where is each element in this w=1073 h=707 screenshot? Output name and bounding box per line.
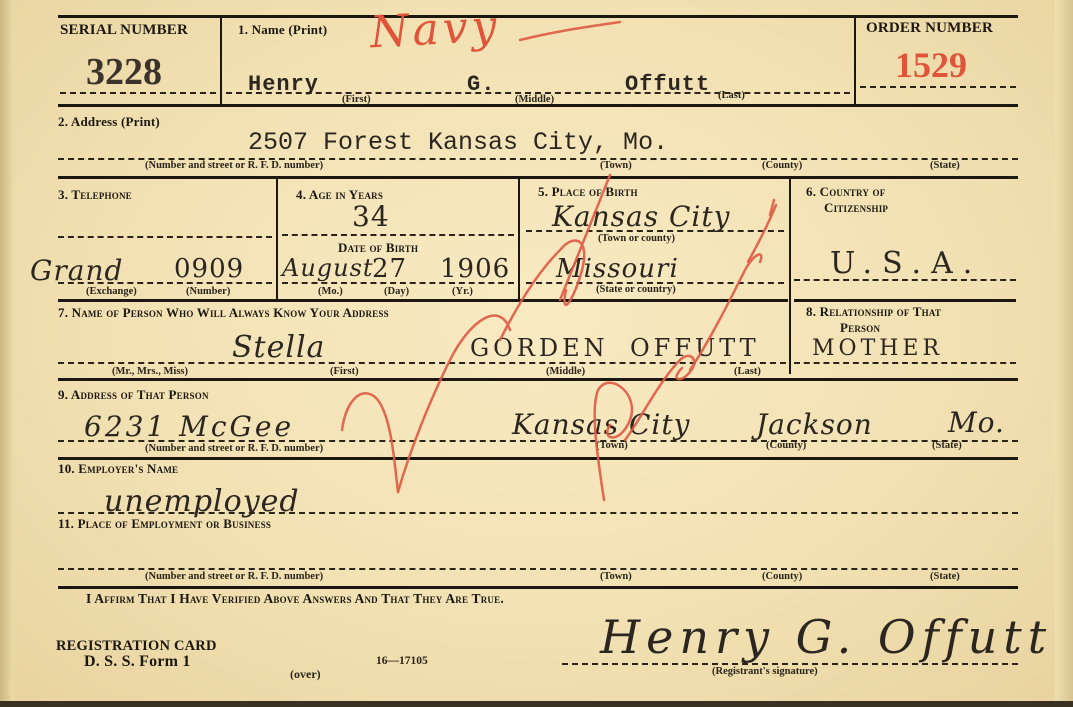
relationship-label-1: 8. Relationship of That: [806, 304, 941, 320]
birth-divider: [789, 178, 791, 374]
affirmation-text: I Affirm That I Have Verified Above Answ…: [86, 591, 504, 607]
address-town-label: (Town): [600, 160, 632, 171]
telephone-dashline-1: [58, 236, 272, 238]
citizenship-label-2: Citizenship: [824, 200, 888, 216]
order-divider: [854, 15, 856, 107]
telephone-dashline-2: [58, 282, 272, 284]
employment-county-label: (County): [762, 571, 802, 582]
dob-day-value: 27: [372, 254, 407, 284]
contact-last-value: OFFUTT: [630, 334, 760, 362]
contact-person-label: 7. Name of Person Who Will Always Know Y…: [58, 305, 389, 321]
address-street-label: (Number and street or R. F. D. number): [145, 160, 323, 171]
serial-number-label: SERIAL NUMBER: [60, 22, 188, 39]
dob-year-label: (Yr.): [452, 286, 473, 297]
relationship-label-2: Person: [840, 320, 880, 336]
age-divider: [518, 178, 520, 300]
birthplace-town-dashline: [526, 230, 784, 232]
contact-county-label: (County): [766, 440, 806, 451]
contact-town-value: Kansas City: [512, 408, 690, 441]
birthplace-state-value: Missouri: [556, 254, 679, 284]
navy-annotation: Navy: [369, 1, 502, 59]
birthplace-label: 5. Place of Birth: [538, 184, 638, 200]
citizenship-dashline: [794, 279, 1016, 281]
age-dashline: [282, 234, 514, 236]
contact-state-label: (State): [932, 440, 962, 451]
contact-county-value: Jackson: [756, 408, 873, 441]
paper-edge-bottom: [0, 701, 1073, 707]
draft-registration-card: SERIAL NUMBER 3228 1. Name (Print) Henry…: [0, 0, 1073, 707]
contact-town-label: (Town): [596, 440, 628, 451]
contact-last-label: (Last): [734, 366, 761, 377]
dob-day-label: (Day): [384, 286, 409, 297]
employer-label: 10. Employer's Name: [58, 461, 178, 477]
row3-bottom-rule-right: [794, 299, 1016, 302]
serial-dashline: [60, 92, 216, 94]
citizenship-value: U.S.A.: [830, 246, 982, 281]
citizenship-label-1: 6. Country of: [806, 184, 885, 200]
contact-state-value: Mo.: [948, 406, 1005, 439]
contact-address-label: 9. Address of That Person: [58, 387, 209, 403]
address-value: 2507 Forest Kansas City, Mo.: [248, 128, 668, 157]
row1-bottom-rule: [58, 104, 1018, 107]
over-label: (over): [290, 667, 321, 682]
address-state-label: (State): [930, 160, 960, 171]
birthplace-town-value: Kansas City: [552, 200, 730, 233]
signature-label: (Registrant's signature): [712, 666, 818, 677]
employment-town-label: (Town): [600, 571, 632, 582]
order-dashline: [860, 86, 1016, 88]
dob-month-value: August: [282, 254, 374, 282]
paper-edge-left: [0, 0, 14, 707]
employment-place-label: 11. Place of Employment or Business: [58, 516, 271, 532]
employment-place-dashline: [58, 568, 1018, 570]
contact-title-label: (Mr., Mrs., Miss): [112, 366, 188, 377]
contact-street-label: (Number and street or R. F. D. number): [145, 443, 323, 454]
address-county-label: (County): [762, 160, 802, 171]
paper-edge-right: [1055, 0, 1073, 707]
dob-dashline: [282, 282, 514, 284]
relationship-dashline: [794, 362, 1016, 364]
row5-bottom-rule: [58, 457, 1018, 460]
telephone-number-value: 0909: [174, 254, 244, 284]
top-rule: [58, 15, 1018, 18]
age-value: 34: [352, 200, 390, 233]
address-label: 2. Address (Print): [58, 114, 160, 130]
dob-year-value: 1906: [440, 254, 510, 284]
contact-first-value: Stella: [232, 330, 325, 365]
employer-dashline: [58, 512, 1018, 514]
contact-dashline: [58, 362, 786, 364]
row2-bottom-rule: [58, 176, 1018, 179]
order-number-value: 1529: [895, 44, 967, 86]
form-id: D. S. S. Form 1: [84, 653, 191, 671]
row6-bottom-rule: [58, 586, 1018, 589]
birthplace-town-label: (Town or county): [598, 233, 675, 244]
telephone-number-label: (Number): [186, 286, 230, 297]
name-last-label: (Last): [718, 90, 745, 101]
order-number-label: ORDER NUMBER: [866, 20, 993, 37]
print-code: 16—17105: [376, 655, 428, 667]
telephone-exchange-label: (Exchange): [86, 286, 137, 297]
employment-state-label: (State): [930, 571, 960, 582]
serial-number-value: 3228: [86, 50, 162, 94]
relationship-value: MOTHER: [812, 336, 943, 361]
name-label: 1. Name (Print): [238, 22, 327, 38]
row4-bottom-rule: [58, 378, 1018, 381]
contact-street-value: 6231 McGee: [84, 410, 294, 443]
employment-street-label: (Number and street or R. F. D. number): [145, 571, 323, 582]
contact-address-dashline: [58, 440, 1018, 442]
signature-dashline: [562, 663, 1018, 665]
contact-middle-value: GORDEN: [470, 334, 609, 362]
contact-middle-label: (Middle): [546, 366, 585, 377]
registrant-signature: Henry G. Offutt: [600, 610, 1052, 664]
telephone-label: 3. Telephone: [58, 187, 132, 203]
serial-divider: [220, 15, 222, 107]
birthplace-state-label: (State or country): [596, 284, 676, 295]
row3-bottom-rule-left: [58, 299, 788, 302]
tel-divider: [276, 178, 278, 300]
dob-month-label: (Mo.): [318, 286, 343, 297]
contact-first-label: (First): [330, 366, 359, 377]
